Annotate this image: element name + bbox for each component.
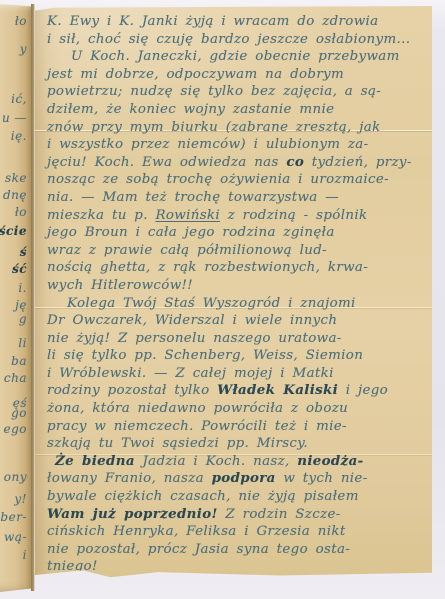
letter-line: powietrzu; nudzę się tylko bez zajęcia, …: [47, 83, 429, 101]
letter-text-segment: Że biedna: [55, 453, 135, 469]
letter-text-segment: bywale ciężkich czasach, nie żyją pisałe…: [47, 489, 359, 504]
facing-page-text-fragment: i: [23, 548, 27, 562]
facing-page-text-fragment: ś: [20, 245, 27, 259]
facing-page-edge: łoyić,u —ię.skednęłościeśśći.jęglibachaę…: [0, 4, 31, 592]
facing-page-text-fragment: ić,: [11, 92, 27, 106]
letter-text-segment: K. Ewy i K. Janki żyją i wracam do zdrow…: [47, 14, 379, 29]
letter-line: wraz z prawie całą półmilionową lud-: [47, 242, 429, 260]
letter-line: nie pozostał, prócz Jasia syna tego osta…: [47, 541, 429, 559]
letter-text-segment: i sił, choć się czuję bardzo jeszcze osł…: [47, 32, 410, 47]
facing-page-text-fragment: ony: [4, 470, 27, 484]
letter-line: jęciu! Koch. Ewa odwiedza nas co tydzień…: [47, 154, 429, 172]
letter-line: wych Hitlerowców!!: [47, 277, 429, 295]
letter-line: nosząc ze sobą trochę ożywienia i urozma…: [47, 171, 429, 189]
letter-line: nie żyją! Z personelu naszego uratowa-: [47, 330, 429, 348]
letter-text-segment: Władek Kaliski: [217, 382, 338, 398]
letter-text-segment: Dr Owczarek, Widerszal i wiele innych: [47, 313, 337, 328]
letter-text-segment: nie żyją! Z personelu naszego uratowa-: [47, 331, 342, 346]
facing-page-text-fragment: go: [11, 406, 27, 420]
letter-line: łowany Franio, nasza podpora w tych nie-: [47, 470, 429, 488]
facing-page-text-fragment: ję: [15, 298, 27, 312]
letter-text-segment: dziłem, że koniec wojny zastanie mnie: [47, 102, 334, 117]
letter-text-segment: Rowiński: [155, 208, 220, 223]
facing-page-text-fragment: g: [19, 312, 27, 326]
letter-line: bywale ciężkich czasach, nie żyją pisałe…: [47, 488, 429, 506]
letter-text-segment: jęciu! Koch. Ewa odwiedza nas: [47, 155, 286, 170]
facing-page-text-fragment: ło: [15, 205, 27, 219]
facing-page-text-fragment: i.: [18, 281, 27, 295]
letter-text-segment: powietrzu; nudzę się tylko bez zajęcia, …: [47, 84, 381, 99]
scanned-letter: łoyić,u —ię.skednęłościeśśći.jęglibachaę…: [0, 0, 445, 599]
letter-text-segment: szkają tu Twoi sąsiedzi pp. Mirscy.: [47, 436, 308, 451]
letter-text-segment: łowany Franio, nasza: [47, 471, 212, 486]
facing-page-text-fragment: ię.: [11, 129, 27, 143]
letter-text-segment: nieodża-: [297, 453, 363, 469]
letter-text-segment: co: [286, 154, 304, 170]
letter-text-segment: Z rodzin Szcze-: [218, 507, 341, 522]
letter-text-segment: podpora: [212, 470, 276, 486]
letter-text-segment: nie pozostał, prócz Jasia syna tego osta…: [47, 542, 350, 557]
letter-line: Wam już poprzednio! Z rodzin Szcze-: [47, 506, 429, 524]
letter-text-segment: cińskich Henryka, Feliksa i Grzesia nikt: [47, 524, 346, 539]
letter-line: Kolega Twój Staś Wyszogród i znajomi: [47, 295, 429, 313]
letter-line: nia. — Mam też trochę towarzystwa —: [47, 189, 429, 207]
letter-text-segment: Kolega Twój Staś Wyszogród i znajomi: [67, 296, 356, 311]
letter-text-segment: i jego: [338, 383, 388, 398]
facing-page-text-fragment: li: [18, 336, 27, 350]
page-gap-shadow: [31, 4, 35, 591]
facing-page-text-fragment: dnę: [3, 188, 27, 202]
letter-text-segment: jest mi dobrze, odpoczywam na dobrym: [47, 67, 344, 82]
letter-line: tniego!: [47, 558, 429, 576]
letter-text-segment: nością ghetta, z rąk rozbestwionych, krw…: [47, 260, 368, 275]
letter-line: cińskich Henryka, Feliksa i Grzesia nikt: [47, 523, 429, 541]
letter-line: jego Broun i cała jego rodzina zginęła: [47, 224, 429, 242]
letter-line: li się tylko pp. Schenberg, Weiss, Siemi…: [47, 347, 429, 365]
letter-text-segment: rodziny pozostał tylko: [47, 383, 217, 398]
facing-page-text-fragment: cha: [4, 371, 27, 385]
facing-page-text-fragment: ść: [12, 262, 27, 276]
letter-text-segment: wych Hitlerowców!!: [47, 278, 193, 293]
letter-text-segment: tniego!: [47, 559, 98, 574]
letter-text-segment: wraz z prawie całą półmilionową lud-: [47, 243, 327, 258]
letter-text-segment: Jadzia i Koch. nasz,: [135, 454, 297, 469]
facing-page-text-fragment: ba: [11, 354, 27, 368]
letter-text-segment: jego Broun i cała jego rodzina zginęła: [47, 225, 335, 240]
letter-page: K. Ewy i K. Janki żyją i wracam do zdrow…: [35, 6, 432, 579]
letter-line: nością ghetta, z rąk rozbestwionych, krw…: [47, 259, 429, 277]
letter-text-segment: znów przy mym biurku (zabrane zresztą, j…: [47, 120, 381, 135]
letter-text-segment: li się tylko pp. Schenberg, Weiss, Siemi…: [47, 348, 363, 363]
letter-line: rodziny pozostał tylko Władek Kaliski i …: [47, 382, 429, 400]
letter-line: znów przy mym biurku (zabrane zresztą, j…: [47, 119, 429, 137]
letter-line: jest mi dobrze, odpoczywam na dobrym: [47, 66, 429, 84]
letter-text-segment: i wszystko przez niemców) i ulubionym za…: [47, 137, 369, 152]
letter-text-segment: żona, która niedawno powróciła z obozu: [47, 401, 348, 416]
letter-line: żona, która niedawno powróciła z obozu: [47, 400, 429, 418]
letter-line: dziłem, że koniec wojny zastanie mnie: [47, 101, 429, 119]
facing-page-text-fragment: ber-: [0, 510, 27, 524]
facing-page-text-fragment: y!: [14, 492, 27, 506]
letter-text-segment: mieszka tu p.: [47, 208, 155, 223]
letter-line: szkają tu Twoi sąsiedzi pp. Mirscy.: [47, 435, 429, 453]
facing-page-text-fragment: ło: [15, 14, 27, 28]
letter-line: Że biedna Jadzia i Koch. nasz, nieodża-: [47, 453, 429, 471]
facing-page-text-fragment: u —: [2, 111, 27, 125]
letter-text-segment: tydzień, przy-: [304, 155, 412, 170]
letter-text-segment: z rodziną - spólnik: [220, 208, 367, 223]
letter-text-segment: i Wróblewski. — Z całej mojej i Matki: [47, 366, 334, 381]
letter-text-segment: nosząc ze sobą trochę ożywienia i urozma…: [47, 172, 389, 187]
letter-text-segment: U Koch. Janeczki, gdzie obecnie przebywa…: [71, 49, 400, 64]
letter-line: K. Ewy i K. Janki żyją i wracam do zdrow…: [47, 13, 429, 31]
facing-page-text-fragment: y: [20, 42, 27, 56]
letter-text-segment: w tych nie-: [276, 471, 368, 486]
letter-line: Dr Owczarek, Widerszal i wiele innych: [47, 312, 429, 330]
letter-line: mieszka tu p. Rowiński z rodziną - spóln…: [47, 207, 429, 225]
letter-line: i Wróblewski. — Z całej mojej i Matki: [47, 365, 429, 383]
letter-text-segment: nia. — Mam też trochę towarzystwa —: [47, 190, 339, 205]
letter-line: i sił, choć się czuję bardzo jeszcze osł…: [47, 31, 429, 49]
letter-lines: K. Ewy i K. Janki żyją i wracam do zdrow…: [47, 13, 429, 576]
letter-text-segment: pracy w niemczech. Powrócili też i mie-: [47, 419, 347, 434]
letter-line: U Koch. Janeczki, gdzie obecnie przebywa…: [47, 48, 429, 66]
facing-page-text-fragment: ście: [0, 224, 27, 238]
letter-line: pracy w niemczech. Powrócili też i mie-: [47, 418, 429, 436]
facing-page-text-fragment: ego: [3, 422, 27, 436]
facing-page-text-fragment: wą-: [4, 530, 27, 544]
letter-text-segment: Wam już poprzednio!: [47, 506, 218, 522]
facing-page-text-fragment: ske: [5, 171, 27, 185]
letter-line: i wszystko przez niemców) i ulubionym za…: [47, 136, 429, 154]
